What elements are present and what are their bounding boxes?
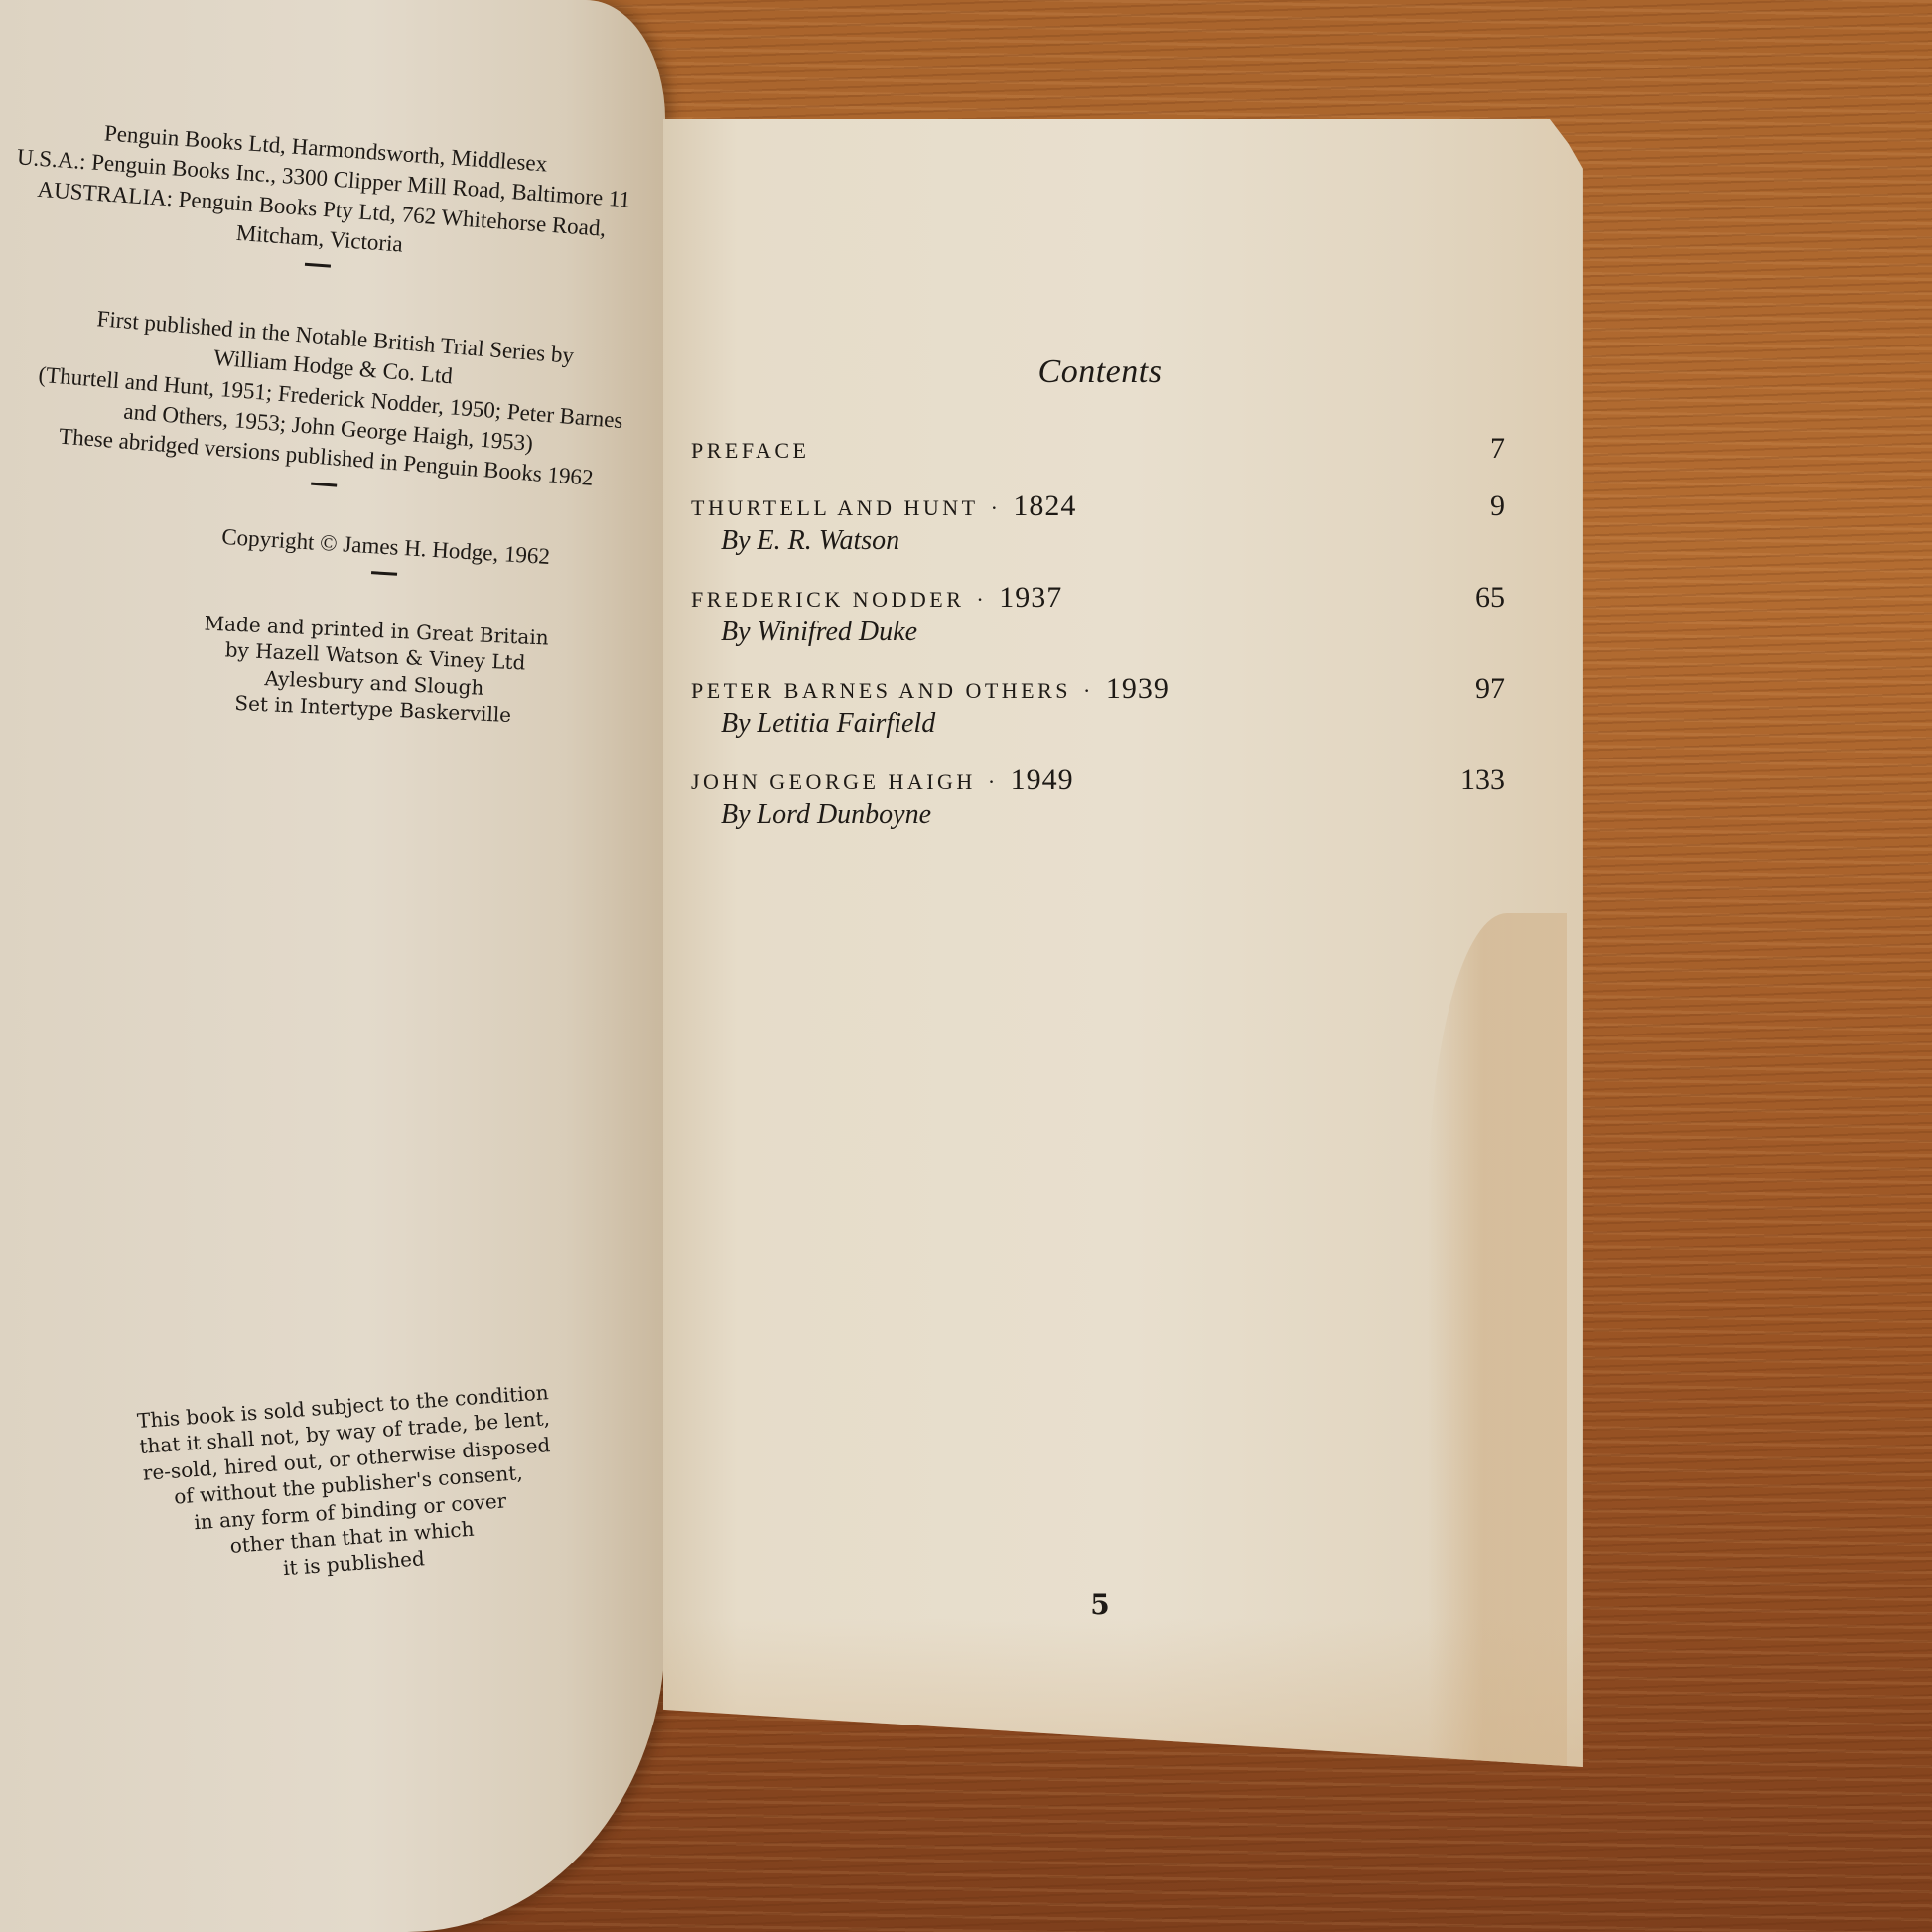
contents-heading: Contents: [663, 353, 1537, 391]
toc-title: Peter Barnes and Others: [691, 678, 1071, 704]
divider-rule: [371, 572, 397, 577]
toc-title: Thurtell and Hunt: [691, 495, 979, 521]
right-page-contents: Contents Preface 7 Thurtell and Hunt · 1…: [663, 119, 1596, 1767]
toc-page-number: 9: [1490, 489, 1505, 523]
toc-entry-thurtell-and-hunt: Thurtell and Hunt · 1824 9 By E. R. Wats…: [691, 489, 1505, 557]
toc-title: Frederick Nodder: [691, 587, 964, 613]
separator-dot: ·: [976, 587, 987, 613]
toc-year: 1824: [1013, 489, 1076, 523]
toc-author: By Letitia Fairfield: [721, 708, 1505, 740]
toc-title: Preface: [691, 438, 809, 464]
toc-title: John George Haigh: [691, 769, 976, 795]
toc-page-number: 65: [1475, 581, 1505, 615]
toc-author: By E. R. Watson: [721, 525, 1505, 557]
toc-entry-john-george-haigh: John George Haigh · 1949 133 By Lord Dun…: [691, 763, 1505, 831]
toc-page-number: 7: [1490, 432, 1505, 466]
separator-dot: ·: [988, 769, 999, 795]
toc-entry-frederick-nodder: Frederick Nodder · 1937 65 By Winifred D…: [691, 581, 1505, 648]
copyright-notice: Copyright © James H. Hodge, 1962: [155, 518, 615, 605]
sale-condition-notice: This book is sold subject to the conditi…: [109, 1377, 588, 1592]
water-stain-bottom: [663, 1618, 1596, 1767]
divider-rule: [305, 263, 331, 268]
left-page-copyright: Penguin Books Ltd, Harmondsworth, Middle…: [0, 0, 665, 1932]
toc-year: 1937: [999, 581, 1062, 615]
printer-details: Made and printed in Great Britain by Haz…: [144, 608, 605, 733]
toc-entry-preface: Preface 7: [691, 432, 1505, 466]
toc-entry-peter-barnes: Peter Barnes and Others · 1939 97 By Let…: [691, 672, 1505, 740]
toc-author: By Lord Dunboyne: [721, 799, 1505, 831]
separator-dot: ·: [991, 495, 1002, 521]
toc-author: By Winifred Duke: [721, 617, 1505, 648]
toc-page-number: 133: [1460, 763, 1505, 797]
divider-rule: [311, 482, 337, 486]
separator-dot: ·: [1083, 678, 1094, 704]
table-of-contents: Preface 7 Thurtell and Hunt · 1824 9 By …: [691, 432, 1505, 855]
toc-year: 1939: [1106, 672, 1170, 706]
first-published-note: First published in the Notable British T…: [6, 298, 653, 526]
page-number: 5: [1060, 1588, 1140, 1621]
copyright-line: Copyright © James H. Hodge, 1962: [157, 518, 615, 576]
toc-year: 1949: [1011, 763, 1074, 797]
publisher-imprint: Penguin Books Ltd, Harmondsworth, Middle…: [0, 111, 653, 306]
toc-page-number: 97: [1475, 672, 1505, 706]
